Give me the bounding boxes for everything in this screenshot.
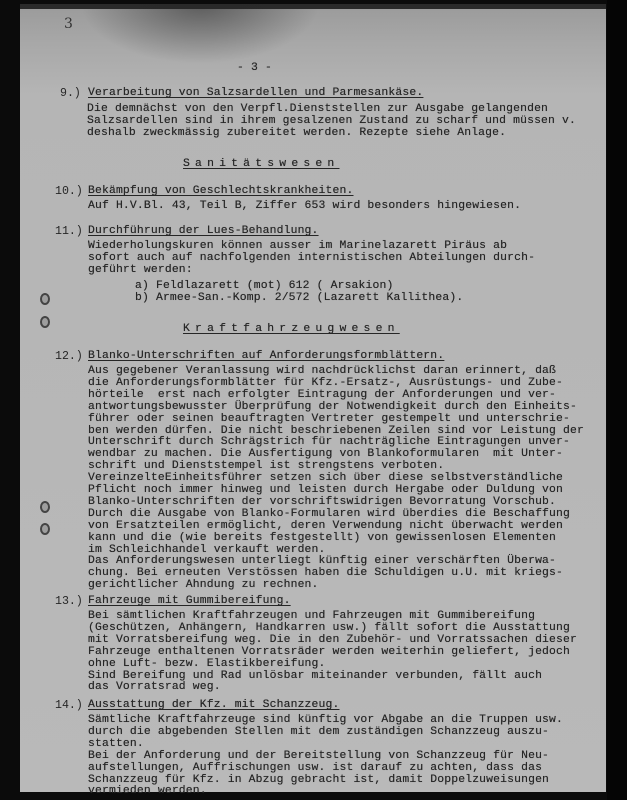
body-line: Sämtliche Kraftfahrzeuge sind künftig vo…: [88, 714, 563, 726]
body-line: Schanzzeug für Kfz. in Abzug gebracht is…: [88, 774, 549, 786]
section-title: Verarbeitung von Salzsardellen und Parme…: [88, 87, 423, 99]
body-line: durch die abgebenden Stellen mit dem zus…: [88, 726, 549, 738]
punch-hole-icon: [40, 501, 50, 513]
heading-kraftfahrzeugwesen: Kraftfahrzeugwesen: [183, 323, 400, 335]
body-line: Die demnächst von den Verpfl.Dienststell…: [87, 103, 548, 115]
body-line: von Ersatzteilen ermöglicht, deren Verwe…: [88, 520, 563, 532]
body-line: das Vorratsrad weg.: [88, 681, 221, 693]
body-line: wendbar zu machen. Die Ausfertigung von …: [88, 448, 563, 460]
body-line: VereinzelteEinheitsführer setzen sich üb…: [88, 472, 563, 484]
body-line: statten.: [88, 738, 144, 750]
body-line: hörteile erst nach erfolgter Eintragung …: [88, 389, 556, 401]
section-number: 14.): [55, 699, 83, 712]
section-title: Bekämpfung von Geschlechtskrankheiten.: [88, 185, 353, 197]
punch-hole-icon: [40, 316, 50, 328]
body-line: Bei sämtlichen Kraftfahrzeugen und Fahrz…: [88, 610, 535, 622]
punch-hole-icon: [40, 523, 50, 535]
body-line: deshalb zweckmässig zubereitet werden. R…: [87, 127, 506, 139]
body-line: im Schleichhandel verkauft werden.: [88, 544, 326, 556]
body-line: Sind Bereifung und Rad unlösbar miteinan…: [88, 670, 542, 682]
body-line: Bei der Anforderung und der Bereitstellu…: [88, 750, 549, 762]
body-line: sofort auch auf nachfolgenden internisti…: [88, 252, 535, 264]
body-line: ben werden dürfen. Die nicht beschrieben…: [88, 425, 584, 437]
body-line: Auf H.V.Bl. 43, Teil B, Ziffer 653 wird …: [88, 200, 521, 212]
heading-sanitaetswesen: Sanitätswesen: [183, 158, 339, 170]
body-line: Wiederholungskuren können ausser im Mari…: [88, 240, 507, 252]
body-line: ohne Luft- bezw. Elastikbereifung.: [88, 658, 326, 670]
section-number: 11.): [55, 225, 83, 238]
section-title: Fahrzeuge mit Gummibereifung.: [88, 595, 291, 607]
body-line: (Geschützen, Anhängern, Handkarren usw.)…: [88, 622, 570, 634]
body-line: Unterschrift durch Schrägstrich für nach…: [88, 436, 570, 448]
punch-hole-icon: [40, 293, 50, 305]
body-line: Blanko-Unterschriften der vorschriftswid…: [88, 496, 556, 508]
section-number: 10.): [55, 185, 83, 198]
list-item: a) Feldlazarett (mot) 612 ( Arsakion): [135, 280, 393, 292]
margin-handwritten-mark: 3: [64, 16, 73, 32]
body-line: chung. Bei erneuten Verstössen haben die…: [88, 567, 563, 579]
body-line: geführt werden:: [88, 264, 193, 276]
body-line: Salzsardellen sind in ihrem gesalzenen Z…: [87, 115, 576, 127]
section-number: 9.): [60, 87, 81, 100]
section-title: Durchführung der Lues-Behandlung.: [88, 225, 319, 237]
body-line: die Anforderungsformblätter für Kfz.-Ers…: [88, 377, 563, 389]
scan-right-border: [607, 0, 627, 800]
body-line: schrift und Dienststempel ist strengsten…: [88, 460, 444, 472]
body-line: gerichtlicher Ahndung zu rechnen.: [88, 579, 319, 591]
body-line: Fahrzeuge enthaltenen Vorratsräder werde…: [88, 646, 570, 658]
section-title: Ausstattung der Kfz. mit Schanzzeug.: [88, 699, 339, 711]
body-line: Pflicht noch immer hinweg und leisten du…: [88, 484, 563, 496]
body-line: führer oder seinen beauftragten Vertrete…: [88, 413, 570, 425]
body-line: Durch die Ausgabe von Blanko-Formularen …: [88, 508, 570, 520]
body-line: kann und die (wie bereits festgestellt) …: [88, 532, 556, 544]
section-number: 13.): [55, 595, 83, 608]
body-line: antwortungsbewusster Überprüfung der Not…: [88, 401, 577, 413]
body-line: aufstellungen, Auffrischungen usw. ist d…: [88, 762, 542, 774]
body-line: Aus gegebener Veranlassung wird nachdrüc…: [88, 365, 556, 377]
section-title: Blanko-Unterschriften auf Anforderungsfo…: [88, 350, 444, 362]
body-line: Das Anforderungswesen unterliegt künftig…: [88, 555, 556, 567]
page-number: - 3 -: [237, 62, 272, 74]
body-line: mit Vorratsbereifung weg. Die in den Zub…: [88, 634, 577, 646]
scan-shadow: [80, 4, 320, 64]
list-item: b) Armee-San.-Komp. 2/572 (Lazarett Kall…: [135, 292, 463, 304]
section-number: 12.): [55, 350, 83, 363]
body-line: vermieden werden.: [88, 785, 207, 797]
